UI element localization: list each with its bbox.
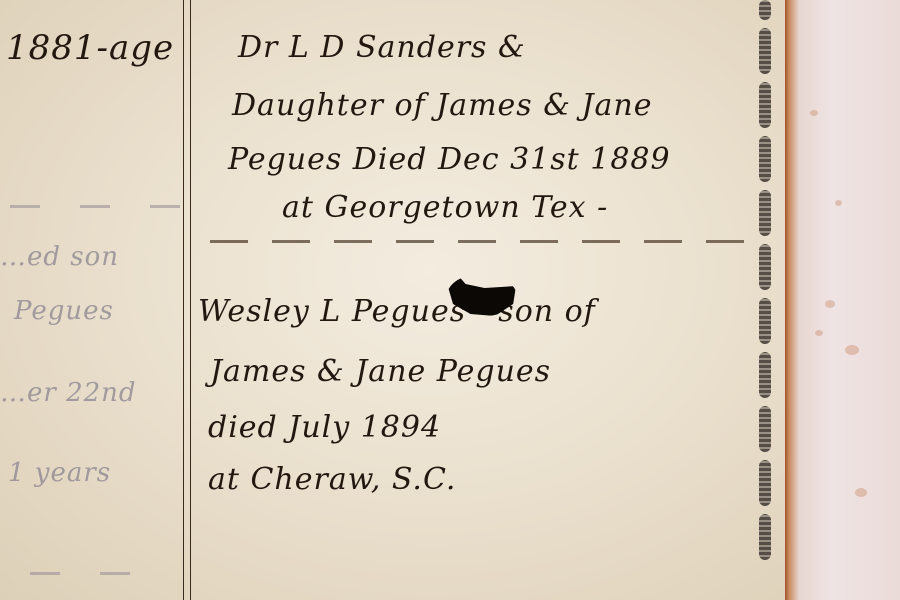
left-faint-line-1: …ed son — [0, 242, 119, 272]
entry-line: Wesley L Pegues - son of — [198, 294, 596, 329]
foxing-spot — [810, 110, 818, 116]
stitch-icon — [759, 244, 771, 290]
stitch-icon — [759, 514, 771, 560]
left-divider-line — [10, 205, 180, 208]
entry-line: Daughter of James & Jane — [232, 88, 652, 123]
stitch-icon — [759, 136, 771, 182]
left-column-year-age: 1881-age — [6, 28, 174, 68]
stitch-icon — [759, 82, 771, 128]
foxing-spot — [825, 300, 835, 308]
ledger-page: 1881-age …ed son Pegues …er 22nd 1 years… — [0, 0, 785, 600]
entry-line: Pegues Died Dec 31st 1889 — [228, 142, 671, 177]
stitch-icon — [759, 406, 771, 452]
entry-line: died July 1894 — [208, 410, 441, 445]
entry-line: at Georgetown Tex - — [282, 190, 608, 225]
foxing-spot — [815, 330, 823, 336]
stitch-icon — [759, 0, 771, 20]
entry-divider-line — [210, 240, 750, 243]
foxing-spot — [855, 488, 867, 497]
stitch-icon — [759, 352, 771, 398]
foxing-spot — [835, 200, 842, 206]
entry-line: Dr L D Sanders & — [238, 30, 526, 65]
stitch-icon — [759, 460, 771, 506]
left-divider-line-bottom — [30, 572, 170, 575]
entry-line: at Cheraw, S.C. — [208, 462, 456, 497]
foxing-spot — [845, 345, 859, 355]
binding-stitches — [756, 0, 774, 600]
left-faint-line-4: 1 years — [8, 458, 111, 488]
left-faint-line-3: …er 22nd — [0, 378, 137, 408]
stitch-icon — [759, 28, 771, 74]
stitch-icon — [759, 298, 771, 344]
column-divider-rule — [183, 0, 191, 600]
left-faint-line-2: Pegues — [14, 296, 114, 326]
stitch-icon — [759, 190, 771, 236]
facing-page — [785, 0, 900, 600]
entry-line: James & Jane Pegues — [210, 354, 551, 389]
